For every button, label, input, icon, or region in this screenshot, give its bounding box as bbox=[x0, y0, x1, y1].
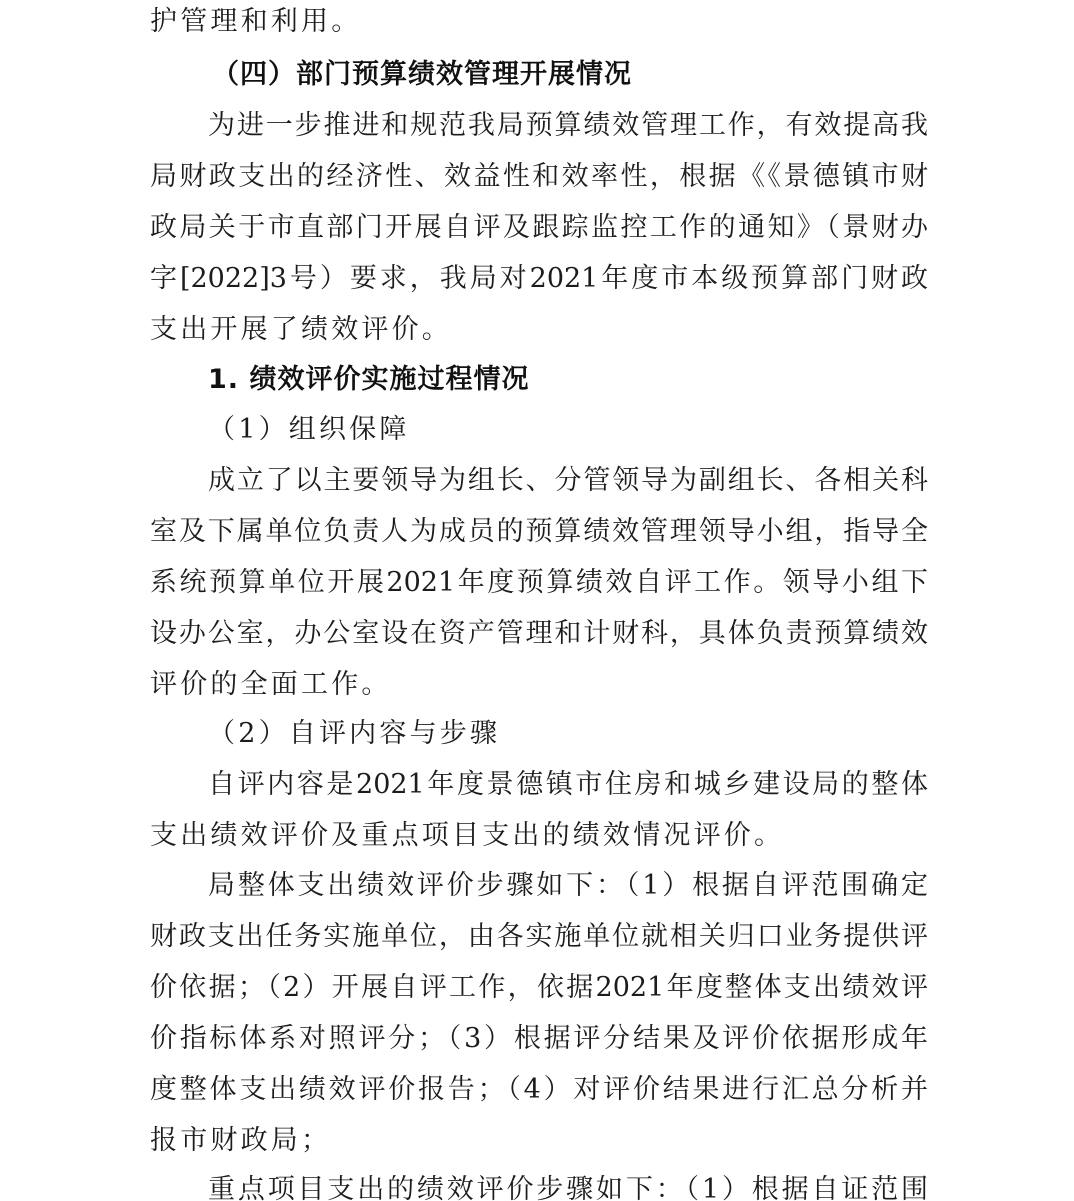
paragraph-first-line: 成立了以主要领导为组长、分管领导为副组长、各相关科 bbox=[208, 463, 928, 499]
paragraph-line: 度整体支出绩效评价报告；（4）对评价结果进行汇总分析并 bbox=[150, 1072, 928, 1108]
paragraph-first-line: 局整体支出绩效评价步骤如下：（1）根据自评范围确定 bbox=[208, 868, 928, 904]
section-heading: （四）部门预算绩效管理开展情况 bbox=[212, 57, 632, 93]
paragraph-line: 财政支出任务实施单位，由各实施单位就相关归口业务提供评 bbox=[150, 919, 928, 955]
paragraph-last-line: 护管理和利用。 bbox=[150, 4, 361, 40]
paragraph-last-line: 评价的全面工作。 bbox=[150, 667, 392, 703]
section-heading: 1. 绩效评价实施过程情况 bbox=[208, 362, 529, 398]
subsection-heading: （2）自评内容与步骤 bbox=[208, 716, 500, 752]
subsection-heading: （1）组织保障 bbox=[208, 412, 410, 448]
paragraph-last-line: 支出开展了绩效评价。 bbox=[150, 312, 452, 348]
paragraph-line: 字[2022]3号）要求，我局对2021年度市本级预算部门财政 bbox=[150, 261, 928, 297]
paragraph-last-line: 报市财政局； bbox=[150, 1123, 331, 1159]
paragraph-first-line: 自评内容是2021年度景德镇市住房和城乡建设局的整体 bbox=[208, 767, 928, 803]
paragraph-last-line: 支出绩效评价及重点项目支出的绩效情况评价。 bbox=[150, 818, 784, 854]
paragraph-line: 局财政支出的经济性、效益性和效率性，根据《《景德镇市财 bbox=[150, 159, 928, 195]
paragraph-line: 设办公室，办公室设在资产管理和计财科，具体负责预算绩效 bbox=[150, 616, 928, 652]
paragraph-line: 系统预算单位开展2021年度预算绩效自评工作。领导小组下 bbox=[150, 565, 928, 601]
paragraph-line: 室及下属单位负责人为成员的预算绩效管理领导小组，指导全 bbox=[150, 514, 928, 550]
paragraph-line: 价指标体系对照评分；（3）根据评分结果及评价依据形成年 bbox=[150, 1021, 928, 1057]
paragraph-line: 价依据；（2）开展自评工作，依据2021年度整体支出绩效评 bbox=[150, 970, 928, 1006]
paragraph-first-line: 为进一步推进和规范我局预算绩效管理工作，有效提高我 bbox=[208, 108, 928, 144]
paragraph-first-line: 重点项目支出的绩效评价步骤如下：（1）根据自证范围 bbox=[208, 1172, 928, 1201]
paragraph-line: 政局关于市直部门开展自评及跟踪监控工作的通知》（景财办 bbox=[150, 210, 928, 246]
